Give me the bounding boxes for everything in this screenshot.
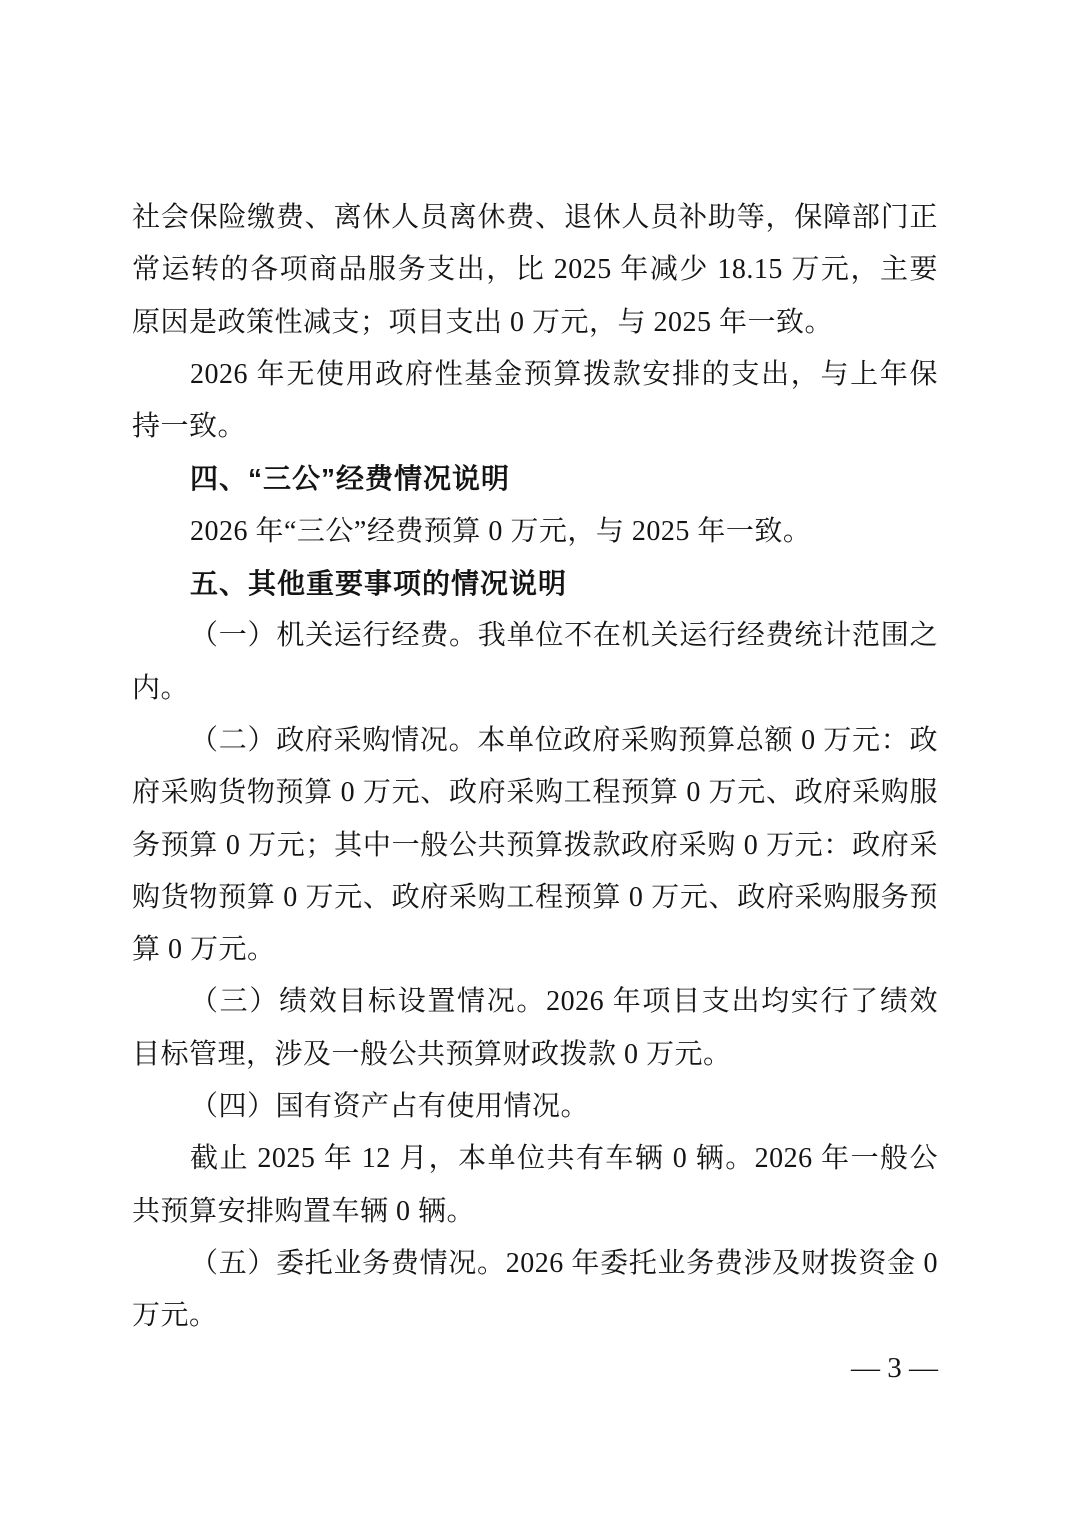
text-line: 常运转的各项商品服务支出，比 2025 年减少 18.15 万元，主要 — [132, 244, 938, 296]
text-line: （二）政府采购情况。本单位政府采购预算总额 0 万元：政 — [132, 715, 938, 767]
text-line: 务预算 0 万元；其中一般公共预算拨款政府采购 0 万元：政府采 — [132, 820, 938, 872]
text-line: 算 0 万元。 — [132, 924, 938, 976]
text-line: （五）委托业务费情况。2026 年委托业务费涉及财拨资金 0 — [132, 1238, 938, 1290]
text-line: （一）机关运行经费。我单位不在机关运行经费统计范围之 — [132, 610, 938, 662]
text-line: 社会保险缴费、离休人员离休费、退休人员补助等，保障部门正 — [132, 192, 938, 244]
section-heading: 四、“三公”经费情况说明 — [132, 453, 938, 505]
document-page: 社会保险缴费、离休人员离休费、退休人员补助等，保障部门正常运转的各项商品服务支出… — [0, 0, 1074, 1520]
text-line: 府采购货物预算 0 万元、政府采购工程预算 0 万元、政府采购服 — [132, 767, 938, 819]
text-line: 万元。 — [132, 1290, 938, 1342]
text-line: 购货物预算 0 万元、政府采购工程预算 0 万元、政府采购服务预 — [132, 872, 938, 924]
text-line: （三）绩效目标设置情况。2026 年项目支出均实行了绩效 — [132, 976, 938, 1028]
document-body: 社会保险缴费、离休人员离休费、退休人员补助等，保障部门正常运转的各项商品服务支出… — [132, 192, 938, 1343]
page-number: — 3 — — [132, 1352, 938, 1385]
text-line: 原因是政策性减支；项目支出 0 万元，与 2025 年一致。 — [132, 297, 938, 349]
text-line: 2026 年无使用政府性基金预算拨款安排的支出，与上年保 — [132, 349, 938, 401]
section-heading: 五、其他重要事项的情况说明 — [132, 558, 938, 610]
text-line: 持一致。 — [132, 401, 938, 453]
text-line: 共预算安排购置车辆 0 辆。 — [132, 1186, 938, 1238]
text-line: 内。 — [132, 663, 938, 715]
text-line: 目标管理，涉及一般公共预算财政拨款 0 万元。 — [132, 1029, 938, 1081]
text-line: （四）国有资产占有使用情况。 — [132, 1081, 938, 1133]
text-line: 2026 年“三公”经费预算 0 万元，与 2025 年一致。 — [132, 506, 938, 558]
text-line: 截止 2025 年 12 月，本单位共有车辆 0 辆。2026 年一般公 — [132, 1133, 938, 1185]
